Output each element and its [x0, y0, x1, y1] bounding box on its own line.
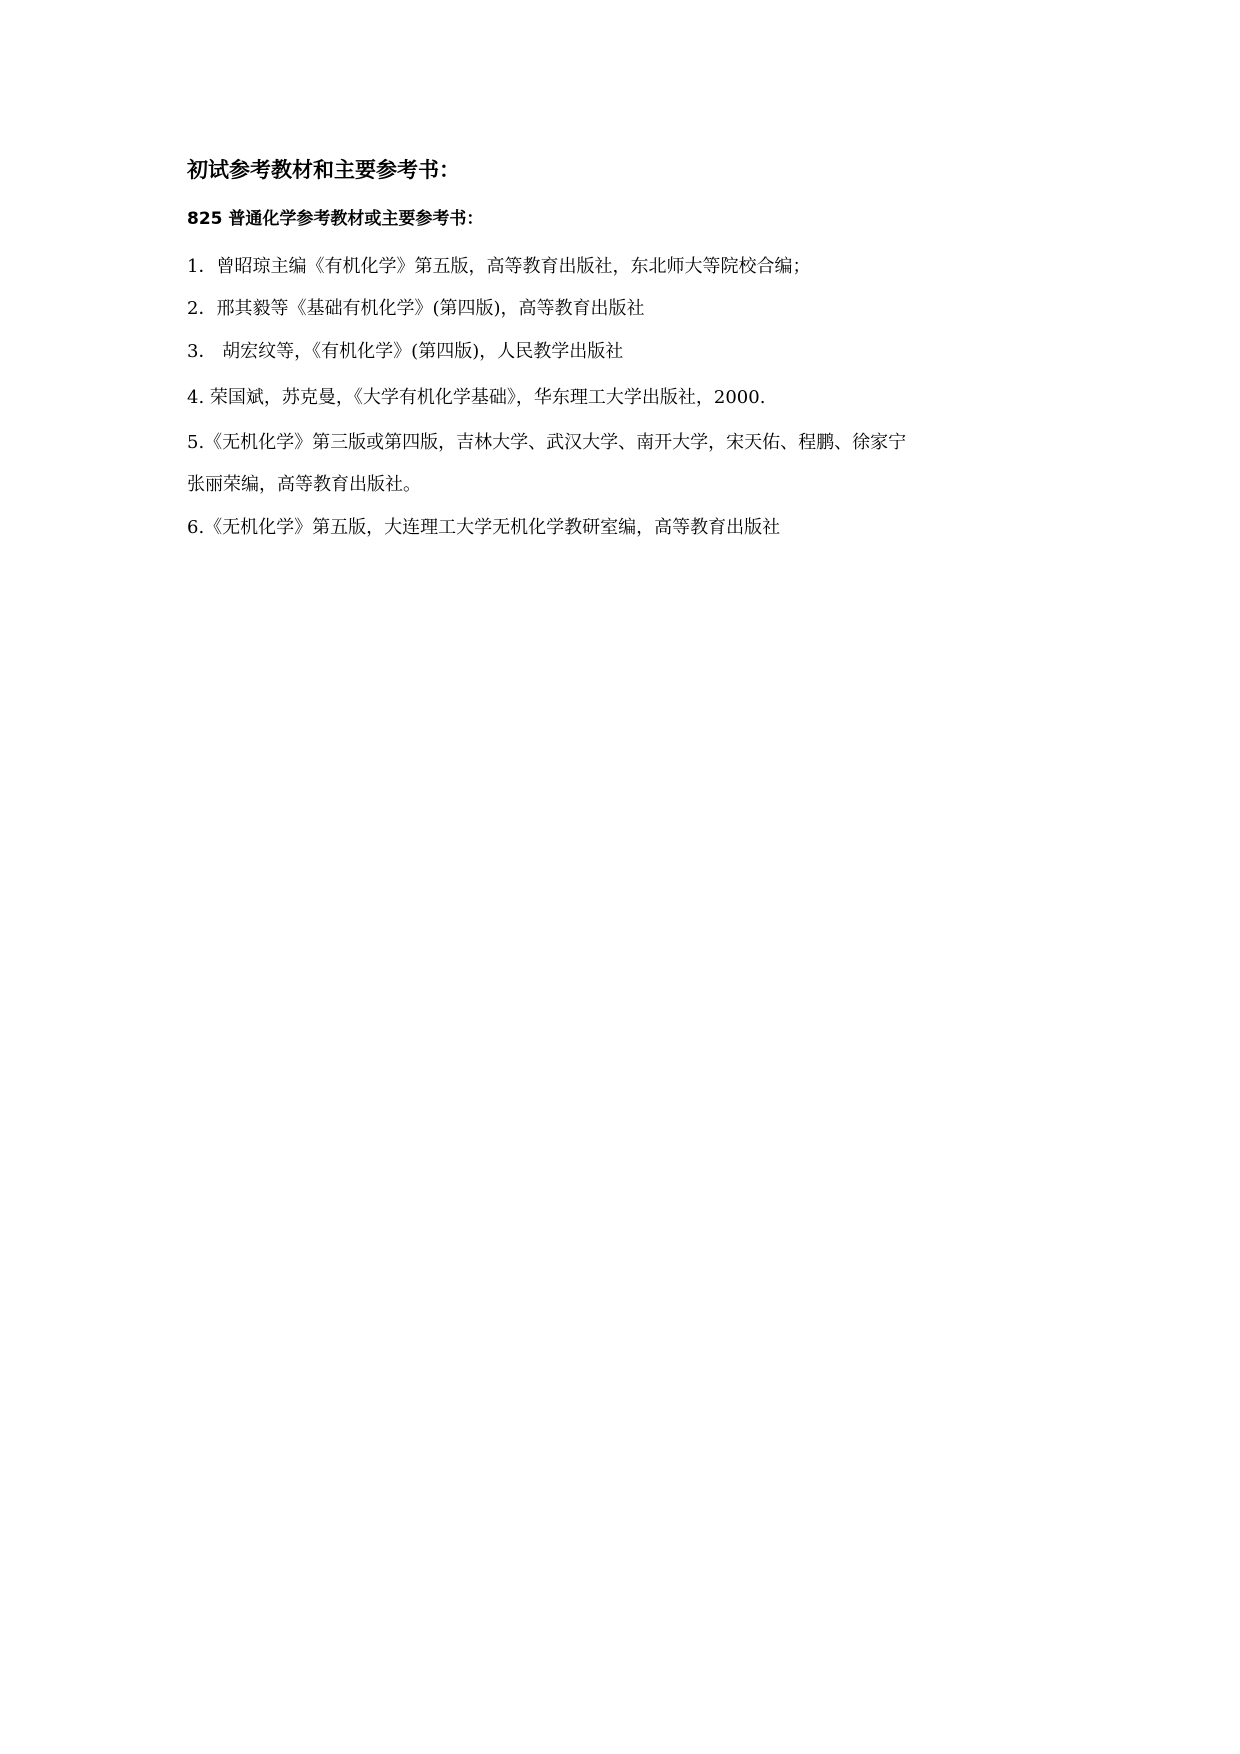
reference-item-5: 5.《无机化学》第三版或第四版，吉林大学、武汉大学、南开大学，宋天佑、程鹏、徐家…	[187, 434, 906, 452]
reference-item-2: 2．邢其毅等《基础有机化学》(第四版)，高等教育出版社	[187, 300, 645, 318]
document-page: 初试参考教材和主要参考书： 825 普通化学参考教材或主要参考书： 1．曾昭琼主…	[0, 0, 1240, 1754]
page-heading: 初试参考教材和主要参考书：	[187, 160, 460, 181]
reference-item-1: 1．曾昭琼主编《有机化学》第五版，高等教育出版社，东北师大等院校合编；	[187, 258, 810, 276]
reference-item-3: 3． 胡宏纹等，《有机化学》(第四版)，人民教学出版社	[187, 343, 623, 361]
reference-item-6: 6.《无机化学》第五版，大连理工大学无机化学教研室编，高等教育出版社	[187, 519, 780, 537]
section-title: 825 普通化学参考教材或主要参考书：	[187, 211, 483, 228]
reference-item-4: 4. 荣国斌，苏克曼，《大学有机化学基础》，华东理工大学出版社，2000.	[187, 389, 765, 407]
reference-item-5-continued: 张丽荣编，高等教育出版社。	[187, 476, 421, 494]
